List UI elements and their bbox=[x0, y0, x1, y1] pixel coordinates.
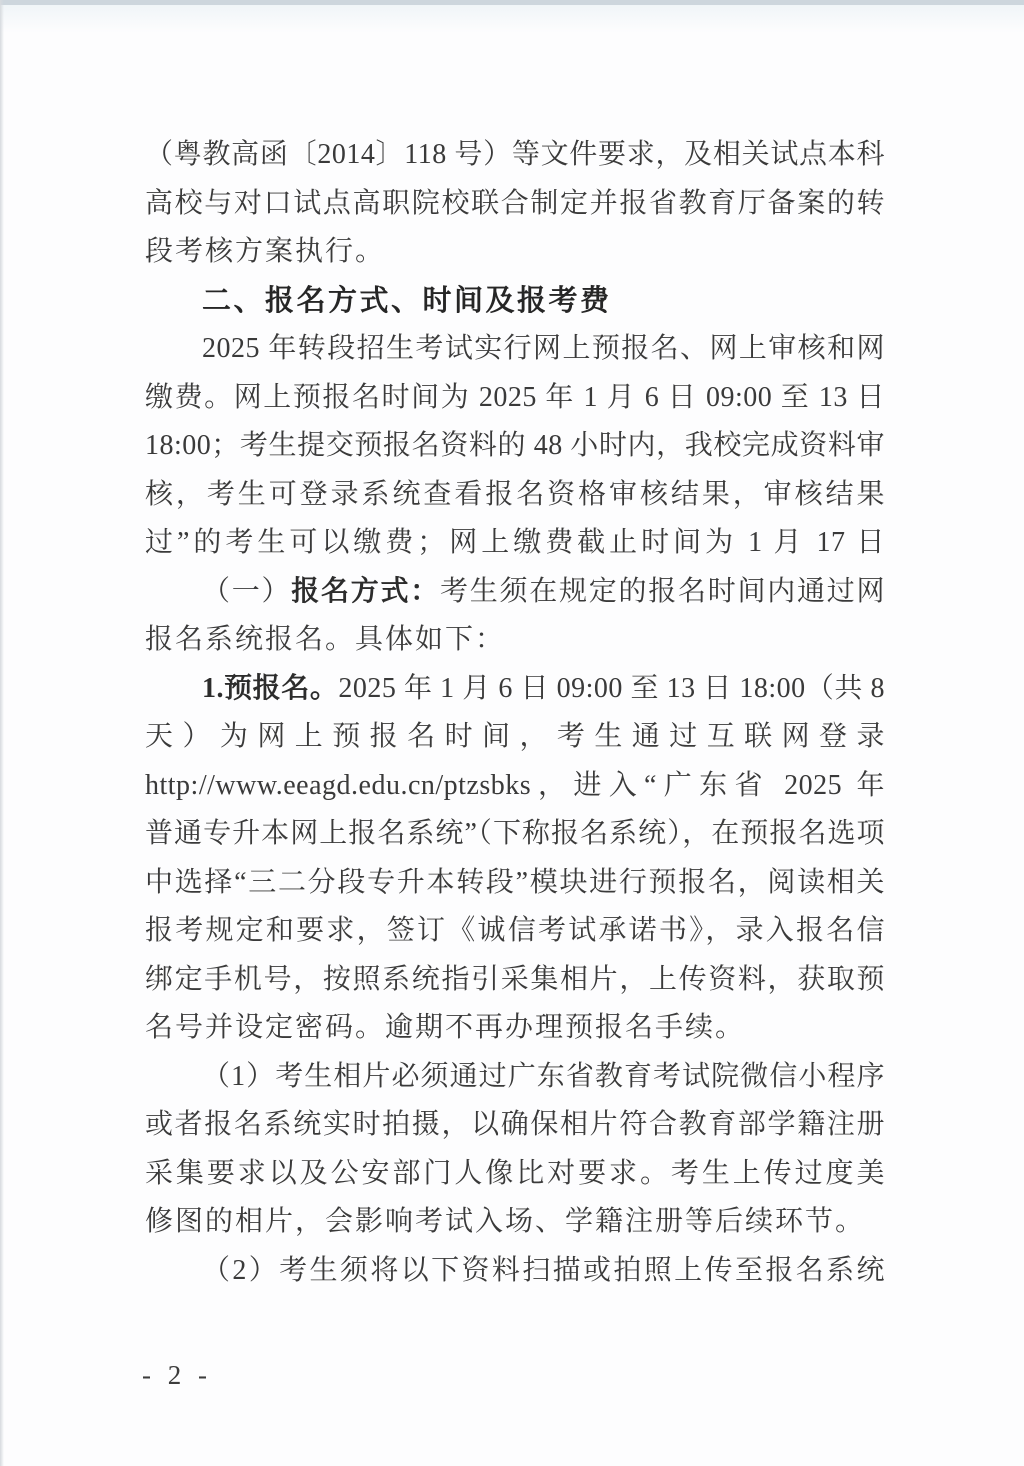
line-rest: ，进入“广东省 2025 年 bbox=[531, 770, 885, 801]
doc-line: 或者报名系统实时拍摄，以确保相片符合教育部学籍注册的 bbox=[145, 1101, 885, 1150]
line-rest: 2025 年 1 月 6 日 09:00 至 13 日 18:00（共 8 bbox=[338, 673, 885, 704]
doc-line: 报考规定和要求，签订《诚信考试承诺书》，录入报名信息， bbox=[145, 907, 885, 956]
doc-line: 1.预报名。2025 年 1 月 6 日 09:00 至 13 日 18:00（… bbox=[145, 665, 885, 714]
doc-line: （1）考生相片必须通过广东省教育考试院微信小程序 bbox=[145, 1053, 885, 1102]
doc-line: （一）报名方式：考生须在规定的报名时间内通过网上 bbox=[145, 568, 885, 617]
doc-line: 名号并设定密码。逾期不再办理预报名手续。 bbox=[145, 1004, 885, 1053]
doc-line: 段考核方案执行。 bbox=[145, 228, 885, 277]
registration-url: http://www.eeagd.edu.cn/ptzsbks bbox=[145, 770, 531, 801]
page-number: - 2 - bbox=[142, 1360, 212, 1391]
doc-line: 绑定手机号，按照系统指引采集相片，上传资料，获取预报 bbox=[145, 956, 885, 1005]
doc-line: 报名系统报名。具体如下： bbox=[145, 616, 885, 665]
doc-line: （粤教高函〔2014〕118 号）等文件要求，及相关试点本科 bbox=[145, 131, 885, 180]
doc-line: 18:00；考生提交预报名资料的 48 小时内，我校完成资料审 bbox=[145, 422, 885, 471]
doc-line: （2）考生须将以下资料扫描或拍照上传至报名系统（须 bbox=[145, 1247, 885, 1296]
doc-line: 高校与对口试点高职院校联合制定并报省教育厅备案的转 bbox=[145, 180, 885, 229]
doc-line: 天）为网上预报名时间，考生通过互联网登录 bbox=[145, 713, 885, 762]
doc-line: 核，考生可登录系统查看报名资格审核结果，审核结果为“通 bbox=[145, 471, 885, 520]
doc-line: 2025 年转段招生考试实行网上预报名、网上审核和网上 bbox=[145, 325, 885, 374]
doc-line: 普通专升本网上报名系统”（下称报名系统），在预报名选项 bbox=[145, 810, 885, 859]
doc-line: http://www.eeagd.edu.cn/ptzsbks，进入“广东省 2… bbox=[145, 762, 885, 811]
document-page: （粤教高函〔2014〕118 号）等文件要求，及相关试点本科 高校与对口试点高职… bbox=[0, 0, 1024, 1466]
doc-line: 采集要求以及公安部门人像比对要求。考生上传过度美颜、 bbox=[145, 1150, 885, 1199]
scan-edge-left bbox=[0, 0, 4, 1466]
doc-line: 修图的相片，会影响考试入场、学籍注册等后续环节。 bbox=[145, 1198, 885, 1247]
subheading-bold: 报名方式： bbox=[291, 576, 440, 607]
subheading-bold: 1.预报名。 bbox=[202, 673, 338, 704]
scan-edge-tint bbox=[0, 5, 1024, 33]
document-body: （粤教高函〔2014〕118 号）等文件要求，及相关试点本科 高校与对口试点高职… bbox=[145, 131, 885, 1295]
list-label: （一） bbox=[202, 576, 291, 607]
doc-line: 中选择“三二分段专升本转段”模块进行预报名，阅读相关 bbox=[145, 859, 885, 908]
doc-line: 缴费。网上预报名时间为 2025 年 1 月 6 日 09:00 至 13 日 bbox=[145, 374, 885, 423]
doc-line: 过”的考生可以缴费；网上缴费截止时间为 1 月 17 日 17:00。 bbox=[145, 519, 885, 568]
section-heading: 二、报名方式、时间及报考费 bbox=[145, 277, 885, 326]
